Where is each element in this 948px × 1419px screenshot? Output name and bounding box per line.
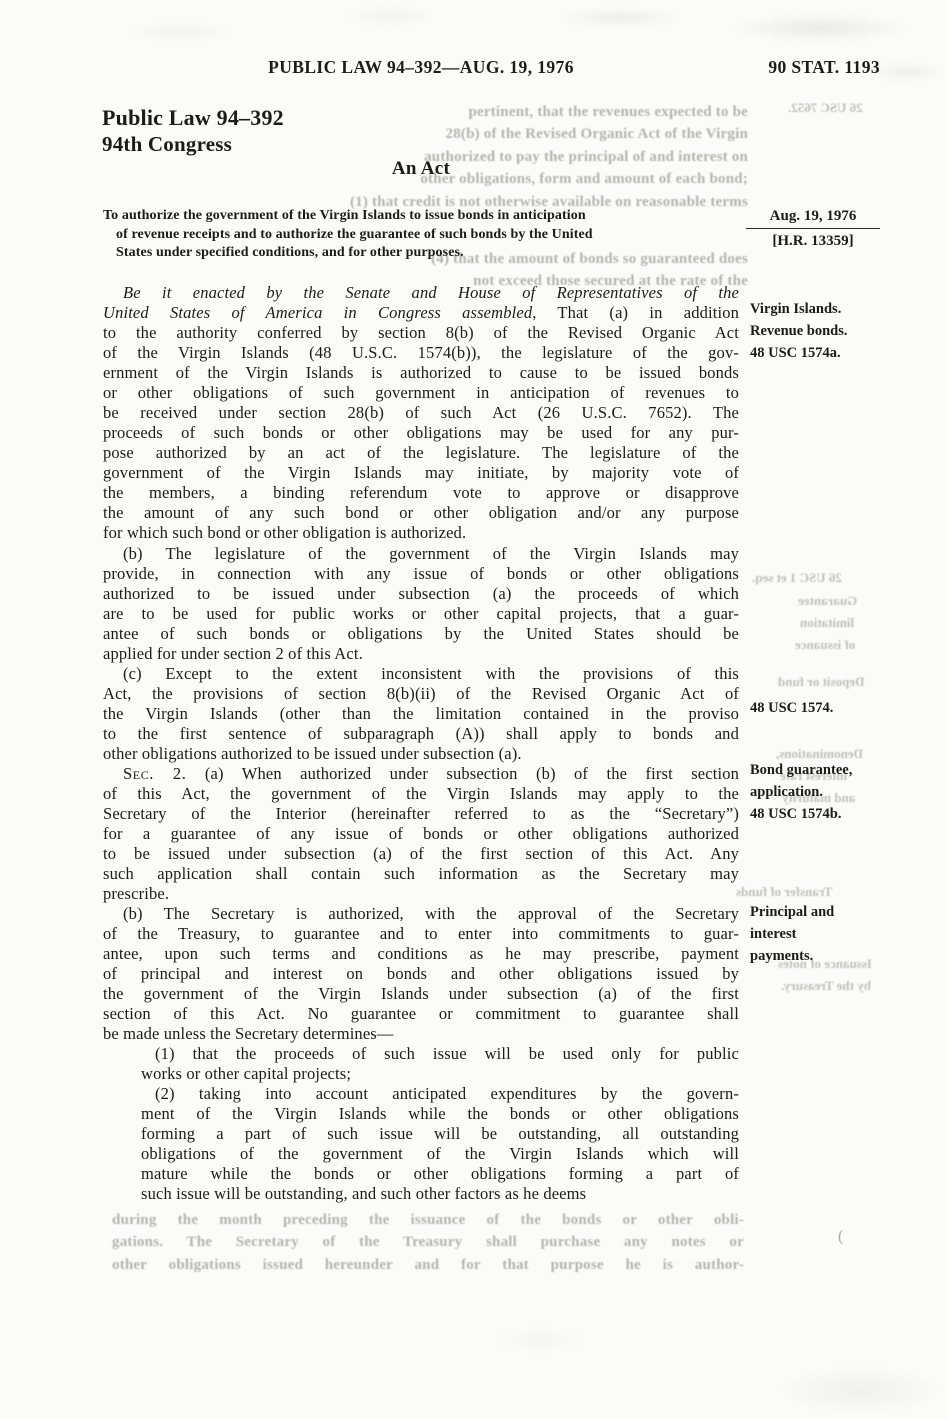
body-line: such issue will be outstanding, and such…	[141, 1184, 739, 1204]
body-line: (c) Except to the extent inconsistent wi…	[103, 664, 739, 684]
bleedthrough-line: 28(b) of the Revised Organic Act of the …	[320, 123, 748, 145]
act-title: An Act	[103, 158, 739, 180]
body-line: of principal and interest on bonds and o…	[103, 964, 739, 984]
margin-note-line: payments.	[750, 946, 900, 968]
body-line-segment: , That (a) in addition	[532, 303, 739, 322]
congress-heading: 94th Congress	[102, 132, 232, 157]
bleedthrough-margin-fragment: of issuance	[795, 637, 855, 653]
paragraph-sec1-c: (c) Except to the extent inconsistent wi…	[103, 664, 739, 764]
body-line: of the Virgin Islands (48 U.S.C. 1574(b)…	[103, 343, 739, 363]
stray-ink-mark: (	[838, 1228, 843, 1246]
body-line: antee, upon such terms and conditions as…	[103, 944, 739, 964]
bleedthrough-line: gations. The Secretary of the Treasury s…	[112, 1231, 744, 1253]
body-line: other obligations authorized to be issue…	[103, 744, 739, 764]
body-line: prescribe.	[103, 884, 739, 904]
body-line: to the first sentence of subparagraph (A…	[103, 724, 739, 744]
body-line: United States of America in Congress ass…	[103, 303, 739, 323]
margin-note-line: 48 USC 1574.	[750, 698, 900, 720]
body-line: Act, the provisions of section 8(b)(ii) …	[103, 684, 739, 704]
section-label: Sec. 2.	[123, 764, 186, 783]
body-line: to be issued under subsection (a) of the…	[103, 844, 739, 864]
paragraph-sec2-b: (b) The Secretary is authorized, with th…	[103, 904, 739, 1044]
clause-2: (2) taking into account anticipated expe…	[141, 1084, 739, 1204]
preamble: To authorize the government of the Virgi…	[103, 207, 749, 263]
margin-note-line: Principal and	[750, 902, 900, 924]
margin-note-virgin-islands: Virgin Islands. Revenue bonds. 48 USC 15…	[750, 299, 900, 364]
bleedthrough-margin-fragment: limitation	[800, 615, 854, 631]
margin-note-line: Revenue bonds.	[750, 321, 900, 343]
enacting-clause-end: United States of America in Congress ass…	[103, 303, 532, 322]
body-line: Sec. 2. (a) When authorized under subsec…	[103, 764, 739, 784]
margin-note-usc-citation: 48 USC 1574.	[750, 698, 900, 720]
body-line: obligations of the government of the Vir…	[141, 1144, 739, 1164]
margin-note-line: application.	[750, 782, 900, 804]
bleedthrough-line: pertinent, that the revenues expected to…	[320, 101, 748, 123]
body-line: (b) The legislature of the government of…	[103, 544, 739, 564]
clause-1: (1) that the proceeds of such issue will…	[141, 1044, 739, 1084]
body-line: applied for under section 2 of this Act.	[103, 644, 739, 664]
bleedthrough-margin-fragment: by the Treasury.	[781, 978, 871, 994]
bill-number: [H.R. 13359]	[746, 229, 880, 250]
body-line: Be it enacted by the Senate and House of…	[103, 283, 739, 303]
body-line: for which such bond or other obligation …	[103, 523, 739, 543]
body-line: government of the Virgin Islands may ini…	[103, 463, 739, 483]
margin-note-line: 48 USC 1574b.	[750, 804, 900, 826]
paragraph-sec1-a: Be it enacted by the Senate and House of…	[103, 283, 739, 543]
body-line: be made unless the Secretary determines—	[103, 1024, 739, 1044]
margin-note-line: 48 USC 1574a.	[750, 343, 900, 365]
body-line: ernment of the Virgin Islands is authori…	[103, 363, 739, 383]
enactment-date: Aug. 19, 1976	[746, 208, 880, 229]
body-line: such application shall contain such info…	[103, 864, 739, 884]
bleedthrough-line: during the month preceding the issuance …	[112, 1209, 744, 1231]
body-line: section of this Act. No guarantee or com…	[103, 1004, 739, 1024]
body-line: proceeds of such bonds or other obligati…	[103, 423, 739, 443]
bleedthrough-bottom-block: during the month preceding the issuance …	[112, 1209, 744, 1276]
body-line: forming a part of such issue will be out…	[141, 1124, 739, 1144]
bleedthrough-margin-fragment: 26 USC 1 et seq.	[752, 570, 842, 586]
enactment-date-block: Aug. 19, 1976 [H.R. 13359]	[746, 208, 880, 250]
scanned-statute-page: pertinent, that the revenues expected to…	[0, 0, 948, 1419]
preamble-line: States under specified conditions, and f…	[103, 244, 749, 263]
margin-note-bond-guarantee: Bond guarantee, application. 48 USC 1574…	[750, 760, 900, 825]
body-line: the members, a binding referendum vote t…	[103, 483, 739, 503]
bleedthrough-margin-fragment: Deposit or fund	[778, 674, 864, 690]
bleedthrough-line: other obligations issued hereunder and f…	[112, 1254, 744, 1276]
body-line: mature while the bonds or other obligati…	[141, 1164, 739, 1184]
body-line: of this Act, the government of the Virgi…	[103, 784, 739, 804]
body-line: authorized to be issued under subsection…	[103, 584, 739, 604]
body-line: the government of the Virgin Islands und…	[103, 984, 739, 1004]
running-head-title: PUBLIC LAW 94–392—AUG. 19, 1976	[103, 57, 739, 78]
body-line-segment: (a) When authorized under subsection (b)…	[186, 764, 739, 783]
bleedthrough-margin-fragment: 26 USC 7652.	[788, 100, 863, 116]
public-law-number-heading: Public Law 94–392	[102, 105, 284, 131]
body-line: pose authorized by an act of the legisla…	[103, 443, 739, 463]
body-line: of the Treasury, to guarantee and to ent…	[103, 924, 739, 944]
body-line: be received under section 28(b) of such …	[103, 403, 739, 423]
body-line: (2) taking into account anticipated expe…	[141, 1084, 739, 1104]
body-line: works or other capital projects;	[141, 1064, 739, 1084]
body-line: (b) The Secretary is authorized, with th…	[103, 904, 739, 924]
preamble-line: of revenue receipts and to authorize the…	[103, 226, 749, 245]
body-line: provide, in connection with any issue of…	[103, 564, 739, 584]
body-line: Secretary of the Interior (hereinafter r…	[103, 804, 739, 824]
margin-note-line: Virgin Islands.	[750, 299, 900, 321]
body-line: for a guarantee of any issue of bonds or…	[103, 824, 739, 844]
body-line: antee of such bonds or obligations by th…	[103, 624, 739, 644]
preamble-line: To authorize the government of the Virgi…	[103, 207, 749, 226]
body-line: the Virgin Islands (other than the limit…	[103, 704, 739, 724]
bleedthrough-margin-fragment: Transfer of funds	[736, 884, 832, 900]
margin-note-principal-interest: Principal and interest payments.	[750, 902, 900, 967]
bleedthrough-margin-fragment: Guarantee	[798, 593, 857, 609]
paragraph-sec2-a: Sec. 2. (a) When authorized under subsec…	[103, 764, 739, 904]
margin-note-line: Bond guarantee,	[750, 760, 900, 782]
body-line: ment of the Virgin Islands while the bon…	[141, 1104, 739, 1124]
body-line: to the authority conferred by section 8(…	[103, 323, 739, 343]
body-line: the amount of any such bond or other obl…	[103, 503, 739, 523]
statutes-at-large-page-number: 90 STAT. 1193	[700, 57, 880, 78]
paragraph-sec1-b: (b) The legislature of the government of…	[103, 544, 739, 664]
body-line: are to be used for public works or other…	[103, 604, 739, 624]
margin-note-line: interest	[750, 924, 900, 946]
body-line: (1) that the proceeds of such issue will…	[141, 1044, 739, 1064]
body-line: or other obligations of such government …	[103, 383, 739, 403]
